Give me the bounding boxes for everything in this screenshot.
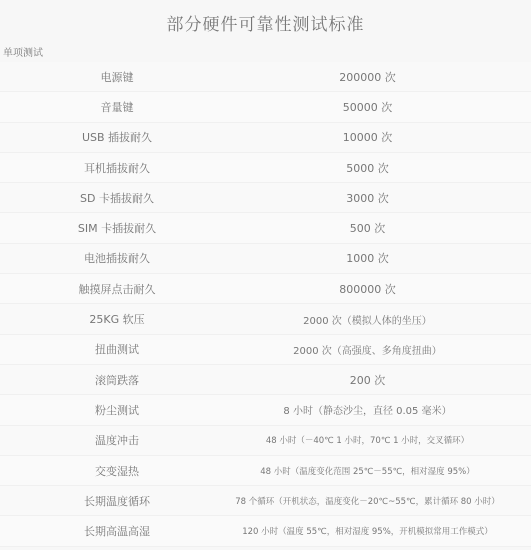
test-name: 粉尘测试 bbox=[0, 402, 234, 418]
test-standard: 10000 次 bbox=[234, 129, 531, 145]
test-standard: 2000 次（模拟人体的坐压） bbox=[234, 312, 531, 327]
table-row: 滚筒跌落 200 次 bbox=[0, 365, 531, 395]
test-name: 长期高温高湿 bbox=[0, 523, 234, 539]
table-row: 长期高温高湿 120 小时（温度 55℃，相对湿度 95%，开机模拟常用工作模式… bbox=[0, 516, 531, 546]
table-row: SD 卡插拔耐久 3000 次 bbox=[0, 183, 531, 213]
table-row: 触摸屏点击耐久 800000 次 bbox=[0, 274, 531, 304]
table-row: 音量键 50000 次 bbox=[0, 92, 531, 122]
table-row: SIM 卡插拔耐久 500 次 bbox=[0, 213, 531, 243]
test-standard: 200 次 bbox=[234, 372, 531, 388]
test-standard: 120 小时（温度 55℃，相对湿度 95%，开机模拟常用工作模式） bbox=[234, 525, 531, 537]
test-name: 电池插拔耐久 bbox=[0, 250, 234, 266]
test-name: 25KG 软压 bbox=[0, 311, 234, 327]
test-name: 温度冲击 bbox=[0, 432, 234, 448]
test-name: SIM 卡插拔耐久 bbox=[0, 220, 234, 236]
reliability-test-table: 电源键 200000 次 音量键 50000 次 USB 插拔耐久 10000 … bbox=[0, 62, 531, 547]
test-name: 电源键 bbox=[0, 69, 234, 85]
test-name: 触摸屏点击耐久 bbox=[0, 281, 234, 297]
table-row: 电池插拔耐久 1000 次 bbox=[0, 244, 531, 274]
table-row: 电源键 200000 次 bbox=[0, 62, 531, 92]
test-name: 扭曲测试 bbox=[0, 341, 234, 357]
section-label: 单项测试 bbox=[3, 44, 43, 59]
test-standard: 78 个循环（开机状态，温度变化－20℃~55℃，累计循环 80 小时） bbox=[234, 495, 531, 507]
test-name: 滚筒跌落 bbox=[0, 372, 234, 388]
table-row: 粉尘测试 8 小时（静态沙尘，直径 0.05 毫米） bbox=[0, 395, 531, 425]
test-standard: 48 小时（－40℃ 1 小时，70℃ 1 小时，交叉循环） bbox=[234, 434, 531, 446]
test-standard: 3000 次 bbox=[234, 190, 531, 206]
table-row: 扭曲测试 2000 次（高强度、多角度扭曲） bbox=[0, 335, 531, 365]
test-standard: 50000 次 bbox=[234, 99, 531, 115]
test-standard: 8 小时（静态沙尘，直径 0.05 毫米） bbox=[234, 402, 531, 417]
table-row: 耳机插拔耐久 5000 次 bbox=[0, 153, 531, 183]
test-standard: 200000 次 bbox=[234, 69, 531, 85]
test-name: 长期温度循环 bbox=[0, 493, 234, 509]
table-row: 温度冲击 48 小时（－40℃ 1 小时，70℃ 1 小时，交叉循环） bbox=[0, 426, 531, 456]
test-standard: 2000 次（高强度、多角度扭曲） bbox=[234, 342, 531, 357]
table-row: 交变湿热 48 小时（温度变化范围 25℃－55℃，相对湿度 95%） bbox=[0, 456, 531, 486]
table-row: 长期温度循环 78 个循环（开机状态，温度变化－20℃~55℃，累计循环 80 … bbox=[0, 486, 531, 516]
test-name: 音量键 bbox=[0, 99, 234, 115]
test-standard: 1000 次 bbox=[234, 250, 531, 266]
document-page: 部分硬件可靠性测试标准 单项测试 电源键 200000 次 音量键 50000 … bbox=[0, 0, 531, 550]
test-standard: 48 小时（温度变化范围 25℃－55℃，相对湿度 95%） bbox=[234, 465, 531, 477]
test-name: 耳机插拔耐久 bbox=[0, 160, 234, 176]
test-name: USB 插拔耐久 bbox=[0, 129, 234, 145]
test-standard: 800000 次 bbox=[234, 281, 531, 297]
table-row: 25KG 软压 2000 次（模拟人体的坐压） bbox=[0, 304, 531, 334]
page-title: 部分硬件可靠性测试标准 bbox=[0, 10, 531, 35]
test-standard: 500 次 bbox=[234, 220, 531, 236]
test-name: 交变湿热 bbox=[0, 463, 234, 479]
test-name: SD 卡插拔耐久 bbox=[0, 190, 234, 206]
test-standard: 5000 次 bbox=[234, 160, 531, 176]
table-row: USB 插拔耐久 10000 次 bbox=[0, 123, 531, 153]
